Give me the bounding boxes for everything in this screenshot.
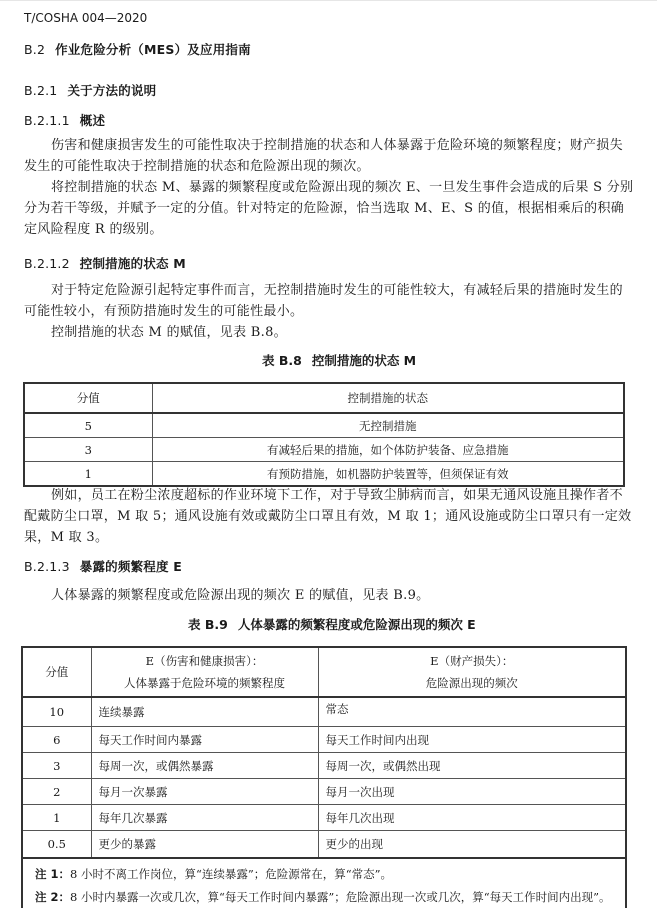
table-title: 控制措施的状态 M: [312, 353, 416, 368]
table-number: 表 B.8: [262, 353, 302, 368]
table-notes: 注 1：8 小时不离工作岗位，算“连续暴露”；危险源常在，算“常态”。 注 2：…: [22, 858, 626, 908]
cell-property: 常态: [318, 697, 626, 727]
cell-desc: 有减轻后果的措施，如个体防护装备、应急措施: [152, 438, 624, 462]
cell-property: 每周一次，或偶然出现: [318, 753, 626, 779]
paragraph: 人体暴露的频繁程度或危险源出现的频次 E 的赋值，见表 B.9。: [24, 585, 634, 606]
section-title: 控制措施的状态 M: [80, 256, 186, 271]
note-2: 注 2：8 小时内暴露一次或几次，算“每天工作时间内暴露”；危险源出现一次或几次…: [35, 886, 615, 908]
header-injury: E（伤害和健康损害）： 人体暴露于危险环境的频繁程度: [91, 647, 318, 697]
section-b211-heading: B.2.1.1概述: [24, 111, 105, 129]
paragraph: 控制措施的状态 M 的赋值，见表 B.8。: [24, 322, 634, 343]
table-b8-caption: 表 B.8控制措施的状态 M: [262, 351, 416, 369]
table-header-row: 分值 E（伤害和健康损害）： 人体暴露于危险环境的频繁程度 E（财产损失）： 危…: [22, 647, 626, 697]
cell-score: 2: [22, 779, 91, 805]
table-b9: 分值 E（伤害和健康损害）： 人体暴露于危险环境的频繁程度 E（财产损失）： 危…: [21, 646, 627, 908]
paragraph: 例如，员工在粉尘浓度超标的作业环境下工作，对于导致尘肺病而言，如果无通风设施且操…: [24, 485, 634, 548]
note-1: 注 1：8 小时不离工作岗位，算“连续暴露”；危险源常在，算“常态”。: [35, 863, 615, 886]
cell-score: 10: [22, 697, 91, 727]
table-row: 0.5 更少的暴露 更少的出现: [22, 831, 626, 858]
table-b8: 分值 控制措施的状态 5 无控制措施 3 有减轻后果的措施，如个体防护装备、应急…: [23, 382, 625, 487]
table-b9-caption: 表 B.9人体暴露的频繁程度或危险源出现的频次 E: [188, 615, 476, 633]
section-b212-heading: B.2.1.2控制措施的状态 M: [24, 254, 186, 272]
document-code: T/COSHA 004—2020: [24, 11, 147, 25]
cell-score: 1: [24, 462, 152, 487]
section-title: 暴露的频繁程度 E: [80, 559, 182, 574]
cell-desc: 无控制措施: [152, 413, 624, 438]
control-measures-paragraphs: 对于特定危险源引起特定事件而言，无控制措施时发生的可能性较大，有减轻后果的措施时…: [24, 280, 634, 343]
cell-injury: 每周一次，或偶然暴露: [91, 753, 318, 779]
section-number: B.2.1.1: [24, 113, 70, 128]
example-paragraph: 例如，员工在粉尘浓度超标的作业环境下工作，对于导致尘肺病而言，如果无通风设施且操…: [24, 485, 634, 548]
table-header-row: 分值 控制措施的状态: [24, 383, 624, 413]
cell-property: 每天工作时间内出现: [318, 727, 626, 753]
table-row: 10 连续暴露 常态: [22, 697, 626, 727]
header-property: E（财产损失）： 危险源出现的频次: [318, 647, 626, 697]
table-row: 1 每年几次暴露 每年几次出现: [22, 805, 626, 831]
header-property-line2: 危险源出现的频次: [319, 672, 626, 694]
header-score: 分值: [22, 647, 91, 697]
section-b21-heading: B.2.1关于方法的说明: [24, 81, 156, 99]
section-number: B.2.1.3: [24, 559, 70, 574]
section-title: 关于方法的说明: [67, 83, 156, 98]
cell-property: 每年几次出现: [318, 805, 626, 831]
paragraph: 伤害和健康损害发生的可能性取决于控制措施的状态和人体暴露于危险环境的频繁程度；财…: [24, 135, 634, 177]
table-title: 人体暴露的频繁程度或危险源出现的频次 E: [238, 617, 476, 632]
cell-score: 6: [22, 727, 91, 753]
cell-score: 3: [24, 438, 152, 462]
paragraph: 对于特定危险源引起特定事件而言，无控制措施时发生的可能性较大，有减轻后果的措施时…: [24, 280, 634, 322]
cell-desc: 有预防措施，如机器防护装置等，但须保证有效: [152, 462, 624, 487]
header-property-line1: E（财产损失）：: [319, 650, 626, 672]
section-number: B.2.1: [24, 83, 57, 98]
cell-score: 1: [22, 805, 91, 831]
table-number: 表 B.9: [188, 617, 228, 632]
table-row: 3 有减轻后果的措施，如个体防护装备、应急措施: [24, 438, 624, 462]
cell-score: 0.5: [22, 831, 91, 858]
note-label: 注 1：: [35, 867, 70, 881]
section-b2-heading: B.2作业危险分析（MES）及应用指南: [24, 40, 251, 58]
cell-injury: 每天工作时间内暴露: [91, 727, 318, 753]
note-text: 8 小时内暴露一次或几次，算“每天工作时间内暴露”；危险源出现一次或几次，算“每…: [70, 890, 610, 904]
table-row: 2 每月一次暴露 每月一次出现: [22, 779, 626, 805]
cell-injury: 更少的暴露: [91, 831, 318, 858]
section-title: 概述: [80, 113, 105, 128]
cell-injury: 每月一次暴露: [91, 779, 318, 805]
cell-injury: 每年几次暴露: [91, 805, 318, 831]
table-row: 1 有预防措施，如机器防护装置等，但须保证有效: [24, 462, 624, 487]
header-status: 控制措施的状态: [152, 383, 624, 413]
section-number: B.2.1.2: [24, 256, 70, 271]
table-row: 5 无控制措施: [24, 413, 624, 438]
header-score: 分值: [24, 383, 152, 413]
cell-score: 3: [22, 753, 91, 779]
section-number: B.2: [24, 42, 45, 57]
header-injury-line1: E（伤害和健康损害）：: [92, 650, 318, 672]
cell-score: 5: [24, 413, 152, 438]
table-row: 3 每周一次，或偶然暴露 每周一次，或偶然出现: [22, 753, 626, 779]
exposure-paragraph: 人体暴露的频繁程度或危险源出现的频次 E 的赋值，见表 B.9。: [24, 585, 634, 606]
table-notes-row: 注 1：8 小时不离工作岗位，算“连续暴露”；危险源常在，算“常态”。 注 2：…: [22, 858, 626, 908]
cell-injury: 连续暴露: [91, 697, 318, 727]
overview-paragraphs: 伤害和健康损害发生的可能性取决于控制措施的状态和人体暴露于危险环境的频繁程度；财…: [24, 135, 634, 240]
paragraph: 将控制措施的状态 M、暴露的频繁程度或危险源出现的频次 E、一旦发生事件会造成的…: [24, 177, 634, 240]
note-label: 注 2：: [35, 890, 70, 904]
cell-property: 更少的出现: [318, 831, 626, 858]
section-title: 作业危险分析（MES）及应用指南: [55, 42, 251, 57]
section-b213-heading: B.2.1.3暴露的频繁程度 E: [24, 557, 182, 575]
cell-property: 每月一次出现: [318, 779, 626, 805]
header-injury-line2: 人体暴露于危险环境的频繁程度: [92, 672, 318, 694]
note-text: 8 小时不离工作岗位，算“连续暴露”；危险源常在，算“常态”。: [70, 867, 392, 881]
table-row: 6 每天工作时间内暴露 每天工作时间内出现: [22, 727, 626, 753]
